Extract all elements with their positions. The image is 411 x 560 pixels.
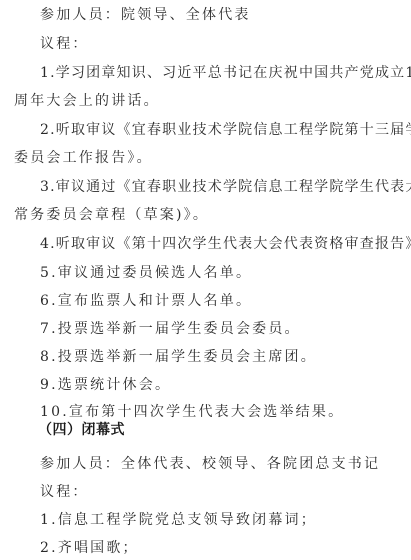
closing-agenda-item-2: 2.齐唱国歌； xyxy=(40,539,139,557)
agenda-item-1-line1: 1.学习团章知识、习近平总书记在庆祝中国共产党成立100 xyxy=(40,64,411,82)
agenda-item-4: 4.听取审议《第十四次学生代表大会代表资格审查报告》。 xyxy=(40,235,411,253)
agenda-item-8: 8.投票选举新一届学生委员会主席团。 xyxy=(40,348,317,366)
section-heading-closing: （四）闭幕式 xyxy=(38,421,125,439)
agenda-label: 议程： xyxy=(40,35,89,53)
closing-agenda-item-1: 1.信息工程学院党总支领导致闭幕词； xyxy=(40,511,317,529)
agenda-item-3-line1: 3.审议通过《宜春职业技术学院信息工程学院学生代表大会 xyxy=(40,178,411,196)
agenda-item-1-line2: 周年大会上的讲话。 xyxy=(14,92,160,110)
agenda-item-9: 9.选票统计休会。 xyxy=(40,376,171,394)
agenda-item-6: 6.宣布监票人和计票人名单。 xyxy=(40,292,252,310)
participants-line: 参加人员：院领导、全体代表 xyxy=(40,6,251,24)
agenda-item-2-line2: 委员会工作报告》。 xyxy=(14,149,153,167)
closing-participants-line: 参加人员：全体代表、校领导、各院团总支书记 xyxy=(40,455,380,473)
document-page: 参加人员：院领导、全体代表 议程： 1.学习团章知识、习近平总书记在庆祝中国共产… xyxy=(0,0,411,560)
agenda-item-3-line2: 常务委员会章程（草案)》。 xyxy=(14,206,209,224)
agenda-item-10: 10.宣布第十四次学生代表大会选举结果。 xyxy=(40,403,344,421)
closing-agenda-label: 议程： xyxy=(40,483,89,501)
agenda-item-2-line1: 2.听取审议《宜春职业技术学院信息工程学院第十三届学生 xyxy=(40,121,411,139)
agenda-item-5: 5.审议通过委员候选人名单。 xyxy=(40,264,252,282)
agenda-item-7: 7.投票选举新一届学生委员会委员。 xyxy=(40,320,301,338)
